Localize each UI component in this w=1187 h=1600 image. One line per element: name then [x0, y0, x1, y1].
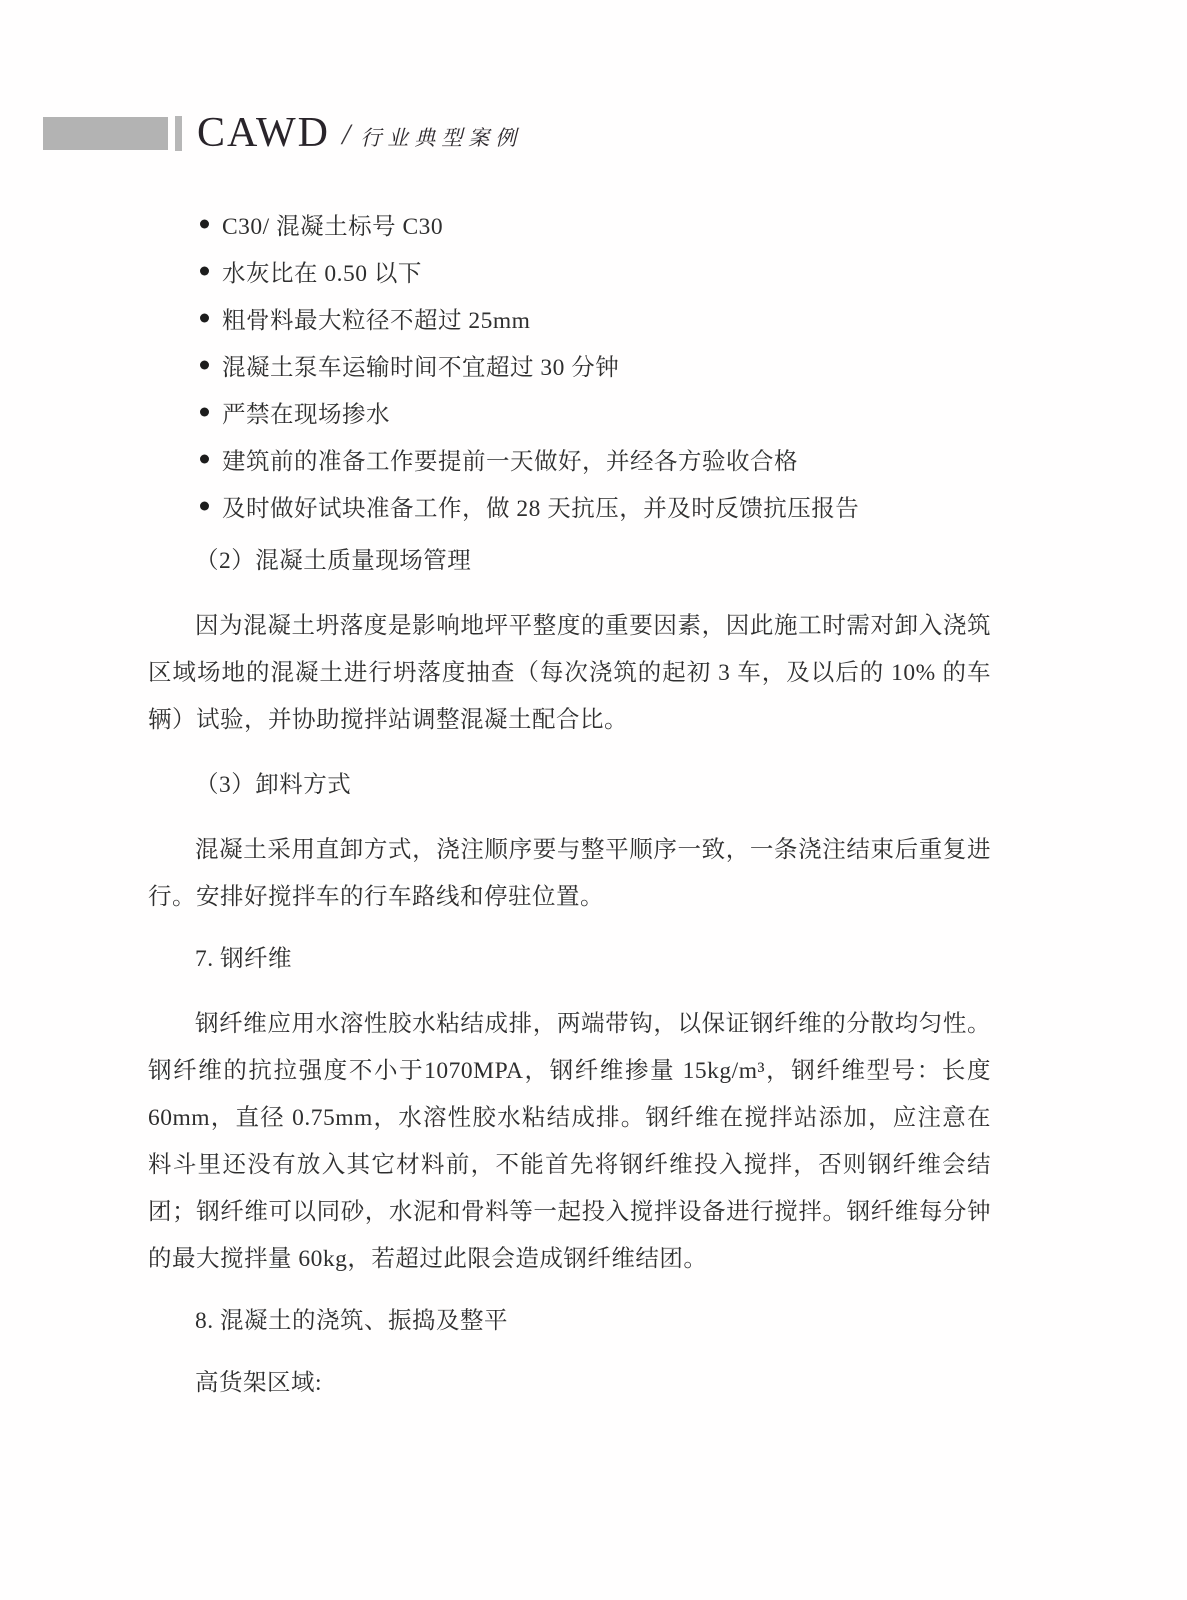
list-item: 混凝土泵车运输时间不宜超过 30 分钟 [148, 341, 991, 388]
bullet-dot-icon [200, 266, 209, 275]
section-subline-8: 高货架区域: [148, 1360, 991, 1407]
document-page: CAWD / 行业典型案例 C30/ 混凝土标号 C30 水灰比在 0.50 以… [0, 0, 1187, 1600]
bullet-dot-icon [200, 313, 209, 322]
brand-logo-text: CAWD [197, 112, 330, 154]
bullet-text: 建筑前的准备工作要提前一天做好，并经各方验收合格 [222, 442, 798, 476]
bullet-text: 严禁在现场掺水 [222, 395, 390, 429]
section-paragraph-3: 混凝土采用直卸方式，浇注顺序要与整平顺序一致，一条浇注结束后重复进行。安排好搅拌… [148, 827, 991, 921]
list-item: 建筑前的准备工作要提前一天做好，并经各方验收合格 [148, 435, 991, 482]
page-header: CAWD / 行业典型案例 [43, 112, 522, 154]
bullet-text: 水灰比在 0.50 以下 [222, 254, 422, 288]
header-gray-bar [43, 117, 168, 150]
section-heading-3: （3）卸料方式 [148, 762, 991, 809]
brand-slash: / [342, 118, 350, 152]
header-divider-bar [175, 116, 182, 151]
list-item: 粗骨料最大粒径不超过 25mm [148, 294, 991, 341]
bullet-dot-icon [200, 454, 209, 463]
section-heading-2: （2）混凝土质量现场管理 [148, 538, 991, 585]
bullet-dot-icon [200, 219, 209, 228]
bullet-dot-icon [200, 501, 209, 510]
section-heading-8: 8. 混凝土的浇筑、振捣及整平 [148, 1298, 991, 1345]
bullet-dot-icon [200, 360, 209, 369]
section-paragraph-7: 钢纤维应用水溶性胶水粘结成排，两端带钩，以保证钢纤维的分散均匀性。钢纤维的抗拉强… [148, 1001, 991, 1283]
section-heading-7: 7. 钢纤维 [148, 936, 991, 983]
bullet-list: C30/ 混凝土标号 C30 水灰比在 0.50 以下 粗骨料最大粒径不超过 2… [148, 200, 991, 529]
bullet-dot-icon [200, 407, 209, 416]
section-paragraph-2: 因为混凝土坍落度是影响地坪平整度的重要因素，因此施工时需对卸入浇筑区域场地的混凝… [148, 603, 991, 744]
bullet-text: C30/ 混凝土标号 C30 [222, 207, 443, 241]
list-item: 严禁在现场掺水 [148, 388, 991, 435]
bullet-text: 混凝土泵车运输时间不宜超过 30 分钟 [222, 348, 619, 382]
header-subtitle: 行业典型案例 [360, 122, 522, 152]
list-item: 水灰比在 0.50 以下 [148, 247, 991, 294]
bullet-text: 粗骨料最大粒径不超过 25mm [222, 301, 530, 335]
list-item: C30/ 混凝土标号 C30 [148, 200, 991, 247]
list-item: 及时做好试块准备工作，做 28 天抗压，并及时反馈抗压报告 [148, 482, 991, 529]
bullet-text: 及时做好试块准备工作，做 28 天抗压，并及时反馈抗压报告 [222, 489, 859, 523]
